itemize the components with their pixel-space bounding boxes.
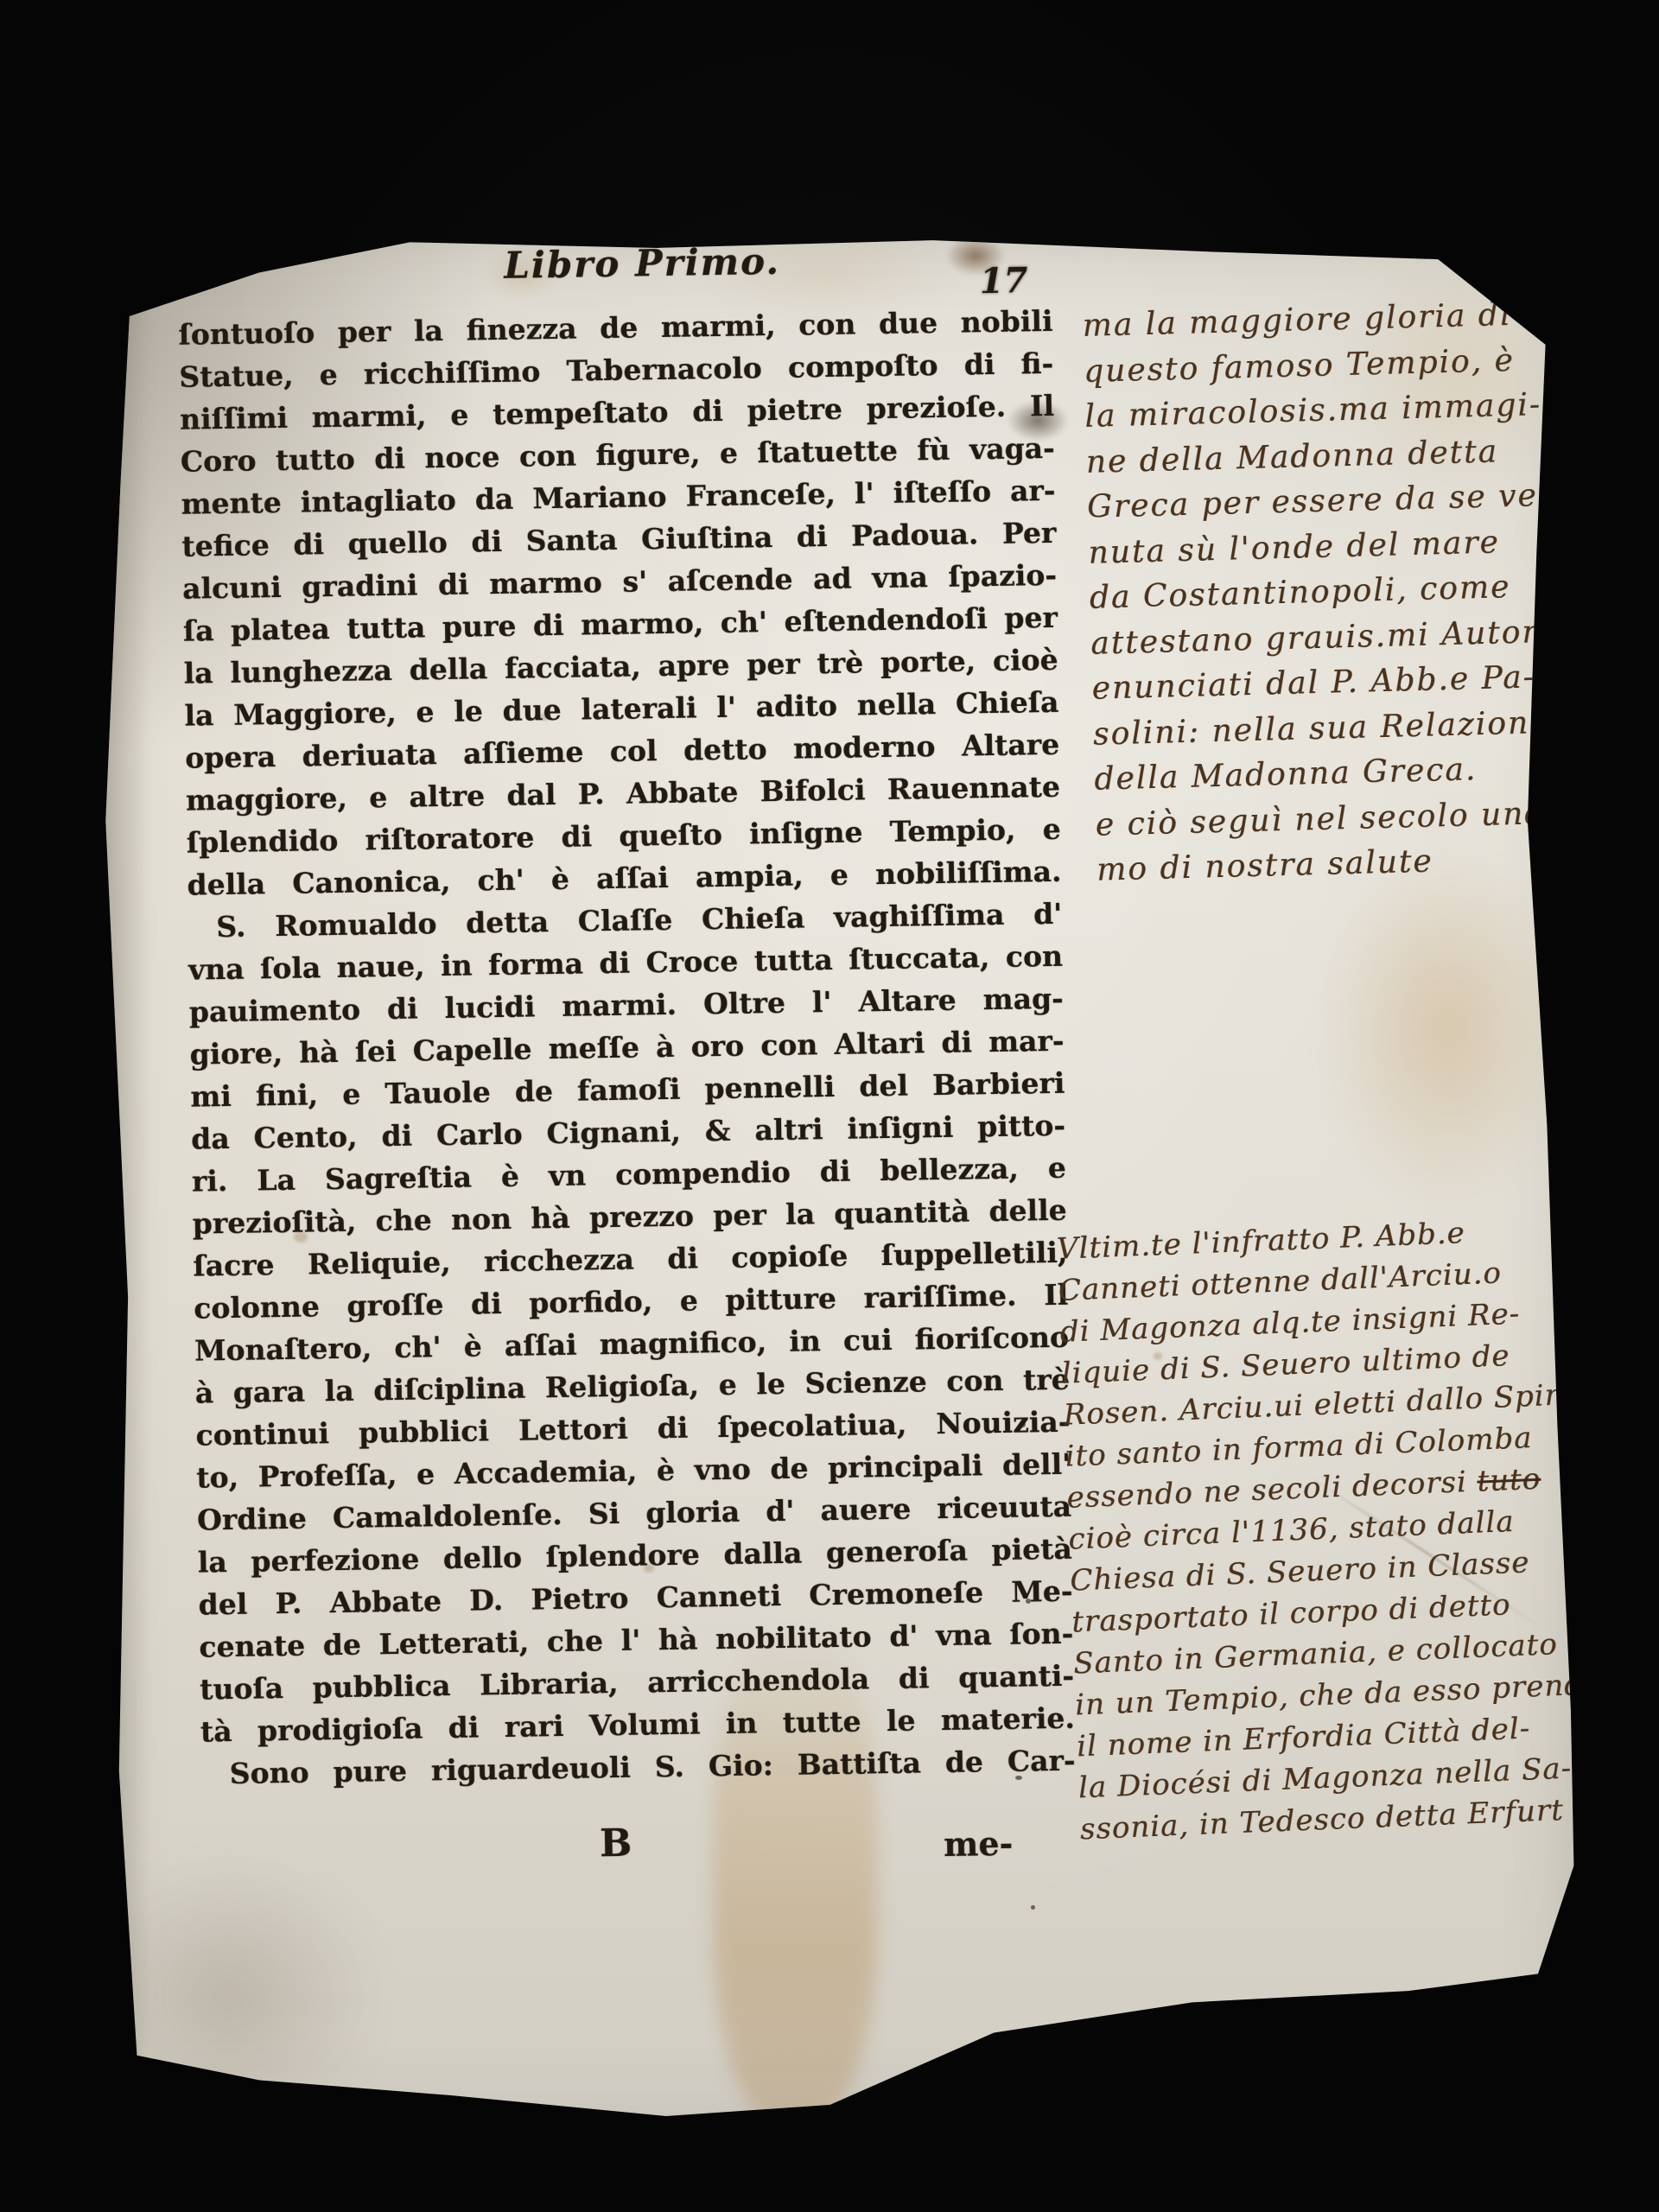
struck-word: tuto (1477, 1462, 1541, 1499)
handwritten-note-top: ma la maggiore gloria diquesto famoso Te… (1082, 290, 1616, 893)
ink-fleck (1031, 1905, 1035, 1910)
shadow-bottom-left (73, 1853, 385, 2139)
signature-mark: B (600, 1821, 632, 1866)
handwritten-note-bottom: Vltim.te l'infratto P. Abb.eCanneti otte… (1056, 1206, 1633, 1850)
stain-right-margin (1318, 847, 1577, 1210)
running-title: Libro Primo. (504, 240, 780, 287)
printed-text-block: ſontuoſo per la finezza de marmi, con du… (178, 300, 1076, 1796)
catchword: me- (944, 1824, 1014, 1864)
paper-sheet: Libro Primo. 17 ſontuoſo per la finezza … (91, 229, 1581, 2126)
signature-row: B me- (202, 1815, 1077, 1889)
printed-text-column: Libro Primo. 17 ſontuoſo per la finezza … (177, 236, 1077, 1889)
book-page-photo: Libro Primo. 17 ſontuoſo per la finezza … (0, 0, 1659, 2212)
page-number: 17 (979, 260, 1027, 302)
